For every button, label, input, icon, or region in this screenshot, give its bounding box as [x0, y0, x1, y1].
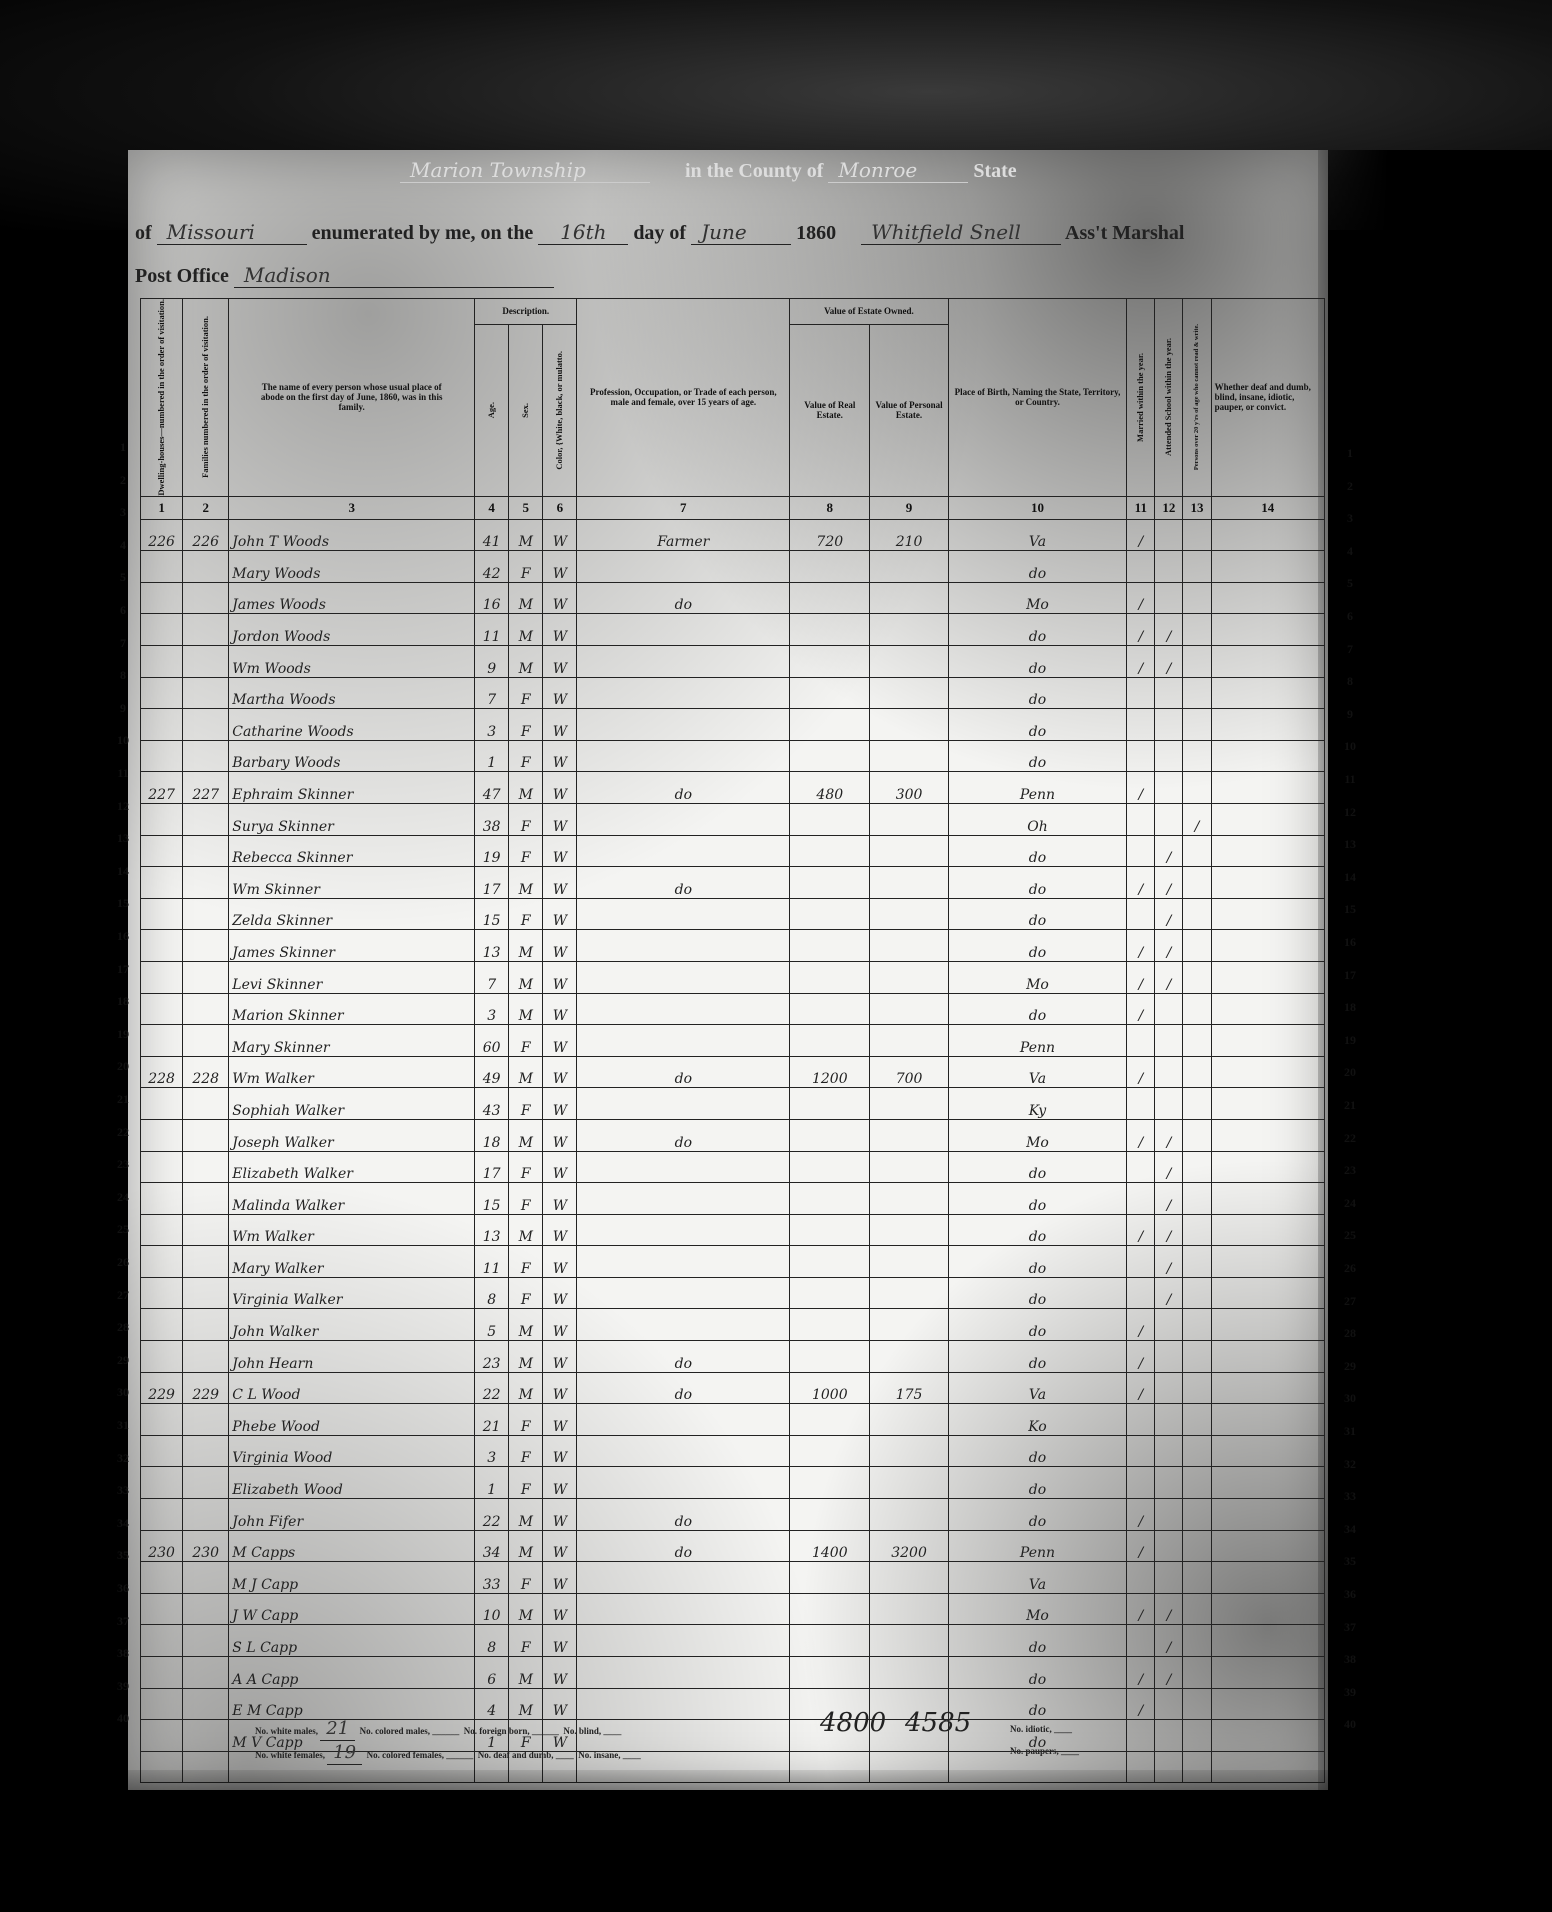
real-estate-value [790, 961, 870, 993]
birthplace: do [948, 1341, 1127, 1373]
line-number-right: 21 [1336, 1098, 1364, 1113]
personal-estate-value [870, 961, 948, 993]
disability [1211, 1562, 1324, 1594]
family-number [183, 1688, 229, 1720]
age: 3 [475, 1435, 509, 1467]
line-number-right: 38 [1336, 1652, 1364, 1667]
sex: M [509, 1688, 543, 1720]
line-number-left: 12 [112, 799, 134, 814]
birthplace: Oh [948, 803, 1127, 835]
line-number-left: 11 [112, 766, 134, 781]
person-name: M Capps [229, 1530, 475, 1562]
family-number [183, 1593, 229, 1625]
age: 8 [475, 1625, 509, 1657]
cannot-read-write [1183, 1657, 1211, 1689]
family-number [183, 709, 229, 741]
disability [1211, 1499, 1324, 1531]
line-number-right: 12 [1336, 805, 1364, 820]
line-number-right: 17 [1336, 968, 1364, 983]
age: 13 [475, 1214, 509, 1246]
family-number [183, 582, 229, 614]
disability [1211, 898, 1324, 930]
family-number [183, 1309, 229, 1341]
family-number [183, 1025, 229, 1057]
table-row: John Walker5MWdo/ [141, 1309, 1325, 1341]
real-estate-value [790, 993, 870, 1025]
family-number [183, 993, 229, 1025]
person-name: Virginia Wood [229, 1435, 475, 1467]
family-number [183, 740, 229, 772]
attended-school: / [1155, 1151, 1183, 1183]
family-number [183, 1625, 229, 1657]
table-row: Sophiah Walker43FWKy [141, 1088, 1325, 1120]
married-within-year [1127, 1720, 1155, 1752]
person-name: Phebe Wood [229, 1404, 475, 1436]
line-number-left: 30 [112, 1385, 134, 1400]
personal-estate-value [870, 1183, 948, 1215]
line-number-left: 32 [112, 1451, 134, 1466]
table-row: Joseph Walker18MWdoMo// [141, 1119, 1325, 1151]
real-estate-value [790, 551, 870, 583]
dwelling-number [141, 1277, 183, 1309]
col-5-header: Sex. [509, 324, 543, 496]
attended-school [1155, 1341, 1183, 1373]
line-number-left: 25 [112, 1222, 134, 1237]
attended-school: / [1155, 646, 1183, 678]
person-name: Wm Walker [229, 1214, 475, 1246]
disability [1211, 646, 1324, 678]
real-estate-value [790, 1435, 870, 1467]
color: W [543, 1404, 577, 1436]
disability [1211, 1309, 1324, 1341]
cannot-read-write [1183, 1151, 1211, 1183]
table-row: Malinda Walker15FWdo/ [141, 1183, 1325, 1215]
occupation: do [577, 867, 790, 899]
line-number-right: 8 [1336, 674, 1364, 689]
line-number-left: 28 [112, 1320, 134, 1335]
sex: F [509, 803, 543, 835]
personal-estate-value [870, 646, 948, 678]
family-number: 228 [183, 1056, 229, 1088]
sex: M [509, 930, 543, 962]
married-within-year [1127, 803, 1155, 835]
cannot-read-write [1183, 1562, 1211, 1594]
married-within-year: / [1127, 1499, 1155, 1531]
married-within-year: / [1127, 519, 1155, 551]
personal-estate-value [870, 993, 948, 1025]
personal-estate-value [870, 1277, 948, 1309]
sex: M [509, 646, 543, 678]
disability [1211, 614, 1324, 646]
person-name: Ephraim Skinner [229, 772, 475, 804]
person-name: James Skinner [229, 930, 475, 962]
person-name: John T Woods [229, 519, 475, 551]
attended-school [1155, 1088, 1183, 1120]
age: 21 [475, 1404, 509, 1436]
real-estate-value [790, 1467, 870, 1499]
color: W [543, 582, 577, 614]
line-number-right: 6 [1336, 609, 1364, 624]
line-number-left: 24 [112, 1190, 134, 1205]
personal-estate-value [870, 1088, 948, 1120]
family-number [183, 1562, 229, 1594]
attended-school [1155, 551, 1183, 583]
white-males-count: 21 [320, 1718, 355, 1741]
col-1-header: Dwelling-houses—numbered in the order of… [141, 299, 183, 497]
table-row: Rebecca Skinner19FWdo/ [141, 835, 1325, 867]
age: 38 [475, 803, 509, 835]
line-number-right: 29 [1336, 1359, 1364, 1374]
person-name: C L Wood [229, 1372, 475, 1404]
cannot-read-write: / [1183, 803, 1211, 835]
color: W [543, 551, 577, 583]
line-number-left: 7 [112, 636, 134, 651]
line-number-right: 20 [1336, 1065, 1364, 1080]
cannot-read-write [1183, 1309, 1211, 1341]
sex: M [509, 961, 543, 993]
color: W [543, 614, 577, 646]
table-row: Catharine Woods3FWdo [141, 709, 1325, 741]
col-8-header: Value of Real Estate. [790, 324, 870, 496]
total-real-estate: 4800 [820, 1708, 886, 1738]
sex: M [509, 1309, 543, 1341]
line-number-right: 16 [1336, 935, 1364, 950]
married-within-year: / [1127, 1309, 1155, 1341]
occupation [577, 1246, 790, 1278]
sex: F [509, 1025, 543, 1057]
age: 7 [475, 677, 509, 709]
occupation [577, 1214, 790, 1246]
age: 5 [475, 1309, 509, 1341]
color: W [543, 803, 577, 835]
sex: F [509, 709, 543, 741]
person-name: Catharine Woods [229, 709, 475, 741]
occupation [577, 961, 790, 993]
summary-block-right: No. idiotic, ____ No. paupers, ____ [1010, 1718, 1079, 1762]
birthplace: do [948, 1183, 1127, 1215]
line-number-right: 36 [1336, 1587, 1364, 1602]
occupation [577, 1657, 790, 1689]
disability [1211, 772, 1324, 804]
table-row: Mary Skinner60FWPenn [141, 1025, 1325, 1057]
family-number [183, 551, 229, 583]
table-row: 230230M Capps34MWdo14003200Penn/ [141, 1530, 1325, 1562]
attended-school [1155, 1025, 1183, 1057]
color: W [543, 1183, 577, 1215]
age: 4 [475, 1688, 509, 1720]
cannot-read-write [1183, 835, 1211, 867]
occupation [577, 551, 790, 583]
description-group-header: Description. [475, 299, 577, 325]
cannot-read-write [1183, 1625, 1211, 1657]
table-row: Elizabeth Wood1FWdo [141, 1467, 1325, 1499]
color: W [543, 1341, 577, 1373]
person-name: Mary Walker [229, 1246, 475, 1278]
birthplace: do [948, 1246, 1127, 1278]
col-14-header: Whether deaf and dumb, blind, insane, id… [1211, 299, 1324, 497]
line-number-left: 17 [112, 962, 134, 977]
dwelling-number [141, 803, 183, 835]
birthplace: Ky [948, 1088, 1127, 1120]
column-number-row: 123 456 789 101112 1314 [141, 496, 1325, 519]
color: W [543, 1372, 577, 1404]
sex: M [509, 1530, 543, 1562]
color: W [543, 835, 577, 867]
person-name: Virginia Walker [229, 1277, 475, 1309]
family-number [183, 1088, 229, 1120]
sex: M [509, 1657, 543, 1689]
line-number-left: 8 [112, 668, 134, 683]
married-within-year: / [1127, 1657, 1155, 1689]
state: Missouri [157, 220, 307, 245]
attended-school: / [1155, 614, 1183, 646]
marshal-name: Whitfield Snell [861, 220, 1061, 245]
color: W [543, 1530, 577, 1562]
age: 1 [475, 740, 509, 772]
family-number [183, 1151, 229, 1183]
attended-school: / [1155, 1593, 1183, 1625]
dwelling-number [141, 867, 183, 899]
attended-school [1155, 1530, 1183, 1562]
age: 41 [475, 519, 509, 551]
birthplace: do [948, 709, 1127, 741]
line-number-right: 39 [1336, 1685, 1364, 1700]
dwelling-number [141, 614, 183, 646]
color: W [543, 961, 577, 993]
dwelling-number [141, 677, 183, 709]
dwelling-number [141, 1341, 183, 1373]
line-number-right: 4 [1336, 544, 1364, 559]
table-row: A A Capp6MWdo// [141, 1657, 1325, 1689]
person-name: Levi Skinner [229, 961, 475, 993]
disability [1211, 1720, 1324, 1752]
col-12-header: Attended School within the year. [1155, 299, 1183, 497]
table-row: E M Capp4MWdo/ [141, 1688, 1325, 1720]
disability [1211, 1183, 1324, 1215]
disability [1211, 1435, 1324, 1467]
cannot-read-write [1183, 582, 1211, 614]
married-within-year: / [1127, 867, 1155, 899]
real-estate-value [790, 677, 870, 709]
line-number-left: 20 [112, 1059, 134, 1074]
attended-school [1155, 1435, 1183, 1467]
line-number-left: 21 [112, 1092, 134, 1107]
person-name: Jordon Woods [229, 614, 475, 646]
cannot-read-write [1183, 1593, 1211, 1625]
line-number-left: 18 [112, 994, 134, 1009]
total-personal-estate: 4585 [905, 1708, 971, 1738]
person-name: Wm Skinner [229, 867, 475, 899]
line-number-right: 11 [1336, 772, 1364, 787]
dwelling-number [141, 961, 183, 993]
family-number [183, 961, 229, 993]
summary-block: No. white males, 21 No. colored males, _… [255, 1718, 641, 1766]
line-number-right: 27 [1336, 1294, 1364, 1309]
sex: F [509, 1625, 543, 1657]
age: 22 [475, 1372, 509, 1404]
dwelling-number [141, 1088, 183, 1120]
married-within-year [1127, 1404, 1155, 1436]
real-estate-value [790, 835, 870, 867]
age: 60 [475, 1025, 509, 1057]
enumeration-day: 16th [538, 220, 628, 245]
real-estate-value [790, 1246, 870, 1278]
birthplace: do [948, 993, 1127, 1025]
attended-school [1155, 772, 1183, 804]
sex: F [509, 835, 543, 867]
married-within-year [1127, 1562, 1155, 1594]
dwelling-number [141, 1404, 183, 1436]
header-line-3: Post Office Madison [135, 263, 554, 288]
birthplace: do [948, 1625, 1127, 1657]
disability [1211, 1467, 1324, 1499]
disability [1211, 1151, 1324, 1183]
line-number-right: 35 [1336, 1554, 1364, 1569]
real-estate-value [790, 1088, 870, 1120]
cannot-read-write [1183, 772, 1211, 804]
color: W [543, 993, 577, 1025]
married-within-year: / [1127, 1341, 1155, 1373]
dwelling-number: 230 [141, 1530, 183, 1562]
dwelling-number [141, 1467, 183, 1499]
line-number-left: 27 [112, 1288, 134, 1303]
occupation [577, 993, 790, 1025]
family-number [183, 930, 229, 962]
line-number-left: 29 [112, 1353, 134, 1368]
color: W [543, 867, 577, 899]
occupation [577, 803, 790, 835]
birthplace: do [948, 1277, 1127, 1309]
sex: F [509, 1404, 543, 1436]
disability [1211, 740, 1324, 772]
col-6-header: Color, {White, black, or mulatto. [543, 324, 577, 496]
real-estate-value [790, 1151, 870, 1183]
personal-estate-value [870, 1341, 948, 1373]
color: W [543, 1562, 577, 1594]
family-number [183, 1341, 229, 1373]
color: W [543, 1499, 577, 1531]
disability [1211, 835, 1324, 867]
married-within-year [1127, 1277, 1155, 1309]
line-number-left: 40 [112, 1711, 134, 1726]
table-row: James Woods16MWdoMo/ [141, 582, 1325, 614]
occupation: do [577, 582, 790, 614]
married-within-year [1127, 898, 1155, 930]
personal-estate-value [870, 1499, 948, 1531]
occupation [577, 1277, 790, 1309]
personal-estate-value [870, 551, 948, 583]
line-number-left: 15 [112, 896, 134, 911]
real-estate-value: 720 [790, 519, 870, 551]
color: W [543, 1593, 577, 1625]
personal-estate-value [870, 898, 948, 930]
color: W [543, 1088, 577, 1120]
attended-school: / [1155, 961, 1183, 993]
married-within-year [1127, 1151, 1155, 1183]
personal-estate-value [870, 1593, 948, 1625]
table-row: 229229C L Wood22MWdo1000175Va/ [141, 1372, 1325, 1404]
line-number-right: 32 [1336, 1457, 1364, 1472]
personal-estate-value [870, 740, 948, 772]
age: 49 [475, 1056, 509, 1088]
married-within-year [1127, 1246, 1155, 1278]
married-within-year: / [1127, 961, 1155, 993]
age: 7 [475, 961, 509, 993]
real-estate-value [790, 614, 870, 646]
line-number-left: 16 [112, 929, 134, 944]
real-estate-value [790, 582, 870, 614]
cannot-read-write [1183, 1499, 1211, 1531]
cannot-read-write [1183, 1119, 1211, 1151]
table-row: 228228Wm Walker49MWdo1200700Va/ [141, 1056, 1325, 1088]
occupation [577, 898, 790, 930]
family-number [183, 1467, 229, 1499]
occupation [577, 1593, 790, 1625]
married-within-year [1127, 1183, 1155, 1215]
table-row: Zelda Skinner15FWdo/ [141, 898, 1325, 930]
table-row: Virginia Wood3FWdo [141, 1435, 1325, 1467]
line-number-left: 1 [112, 440, 134, 455]
married-within-year [1127, 677, 1155, 709]
personal-estate-value [870, 677, 948, 709]
person-name: John Fifer [229, 1499, 475, 1531]
family-number [183, 867, 229, 899]
birthplace: do [948, 930, 1127, 962]
cannot-read-write [1183, 1435, 1211, 1467]
line-number-left: 39 [112, 1679, 134, 1694]
disability [1211, 961, 1324, 993]
attended-school [1155, 1720, 1183, 1752]
line-number-left: 9 [112, 701, 134, 716]
real-estate-value [790, 1119, 870, 1151]
dwelling-number [141, 582, 183, 614]
table-row: Barbary Woods1FWdo [141, 740, 1325, 772]
personal-estate-value [870, 867, 948, 899]
birthplace: Mo [948, 582, 1127, 614]
person-name: Marion Skinner [229, 993, 475, 1025]
birthplace: do [948, 1151, 1127, 1183]
line-number-right: 5 [1336, 576, 1364, 591]
occupation [577, 1435, 790, 1467]
col-4-header: Age. [475, 324, 509, 496]
cannot-read-write [1183, 1025, 1211, 1057]
attended-school [1155, 1309, 1183, 1341]
table-row: Surya Skinner38FWOh/ [141, 803, 1325, 835]
sex: F [509, 1467, 543, 1499]
real-estate-value [790, 1593, 870, 1625]
person-name: Rebecca Skinner [229, 835, 475, 867]
age: 1 [475, 1467, 509, 1499]
birthplace: Mo [948, 1119, 1127, 1151]
attended-school: / [1155, 1119, 1183, 1151]
person-name: Martha Woods [229, 677, 475, 709]
real-estate-value: 1000 [790, 1372, 870, 1404]
attended-school [1155, 1499, 1183, 1531]
sex: M [509, 1372, 543, 1404]
personal-estate-value [870, 1404, 948, 1436]
sex: F [509, 1562, 543, 1594]
attended-school [1155, 993, 1183, 1025]
personal-estate-value [870, 582, 948, 614]
color: W [543, 1214, 577, 1246]
line-number-right: 3 [1336, 511, 1364, 526]
real-estate-value [790, 930, 870, 962]
occupation: do [577, 1530, 790, 1562]
line-number-left: 6 [112, 603, 134, 618]
disability [1211, 1625, 1324, 1657]
table-row: Jordon Woods11MWdo// [141, 614, 1325, 646]
cannot-read-write [1183, 1404, 1211, 1436]
